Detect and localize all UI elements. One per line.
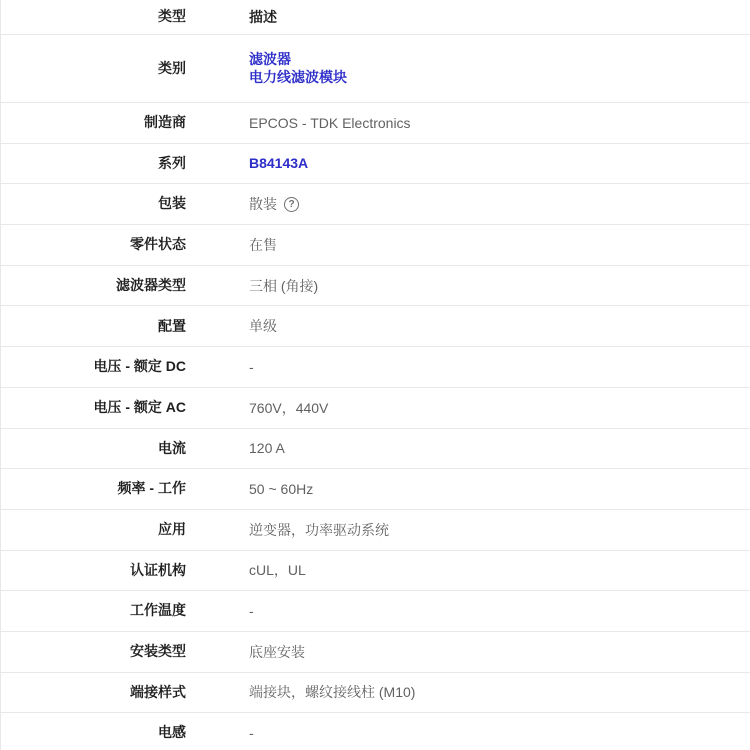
product-spec-table: 类型 描述 类别滤波器电力线滤波模块制造商EPCOS - TDK Electro… bbox=[0, 0, 750, 750]
spec-value: 760V，440V bbox=[186, 399, 750, 417]
spec-label: 配置 bbox=[1, 318, 186, 336]
spec-value-text: - bbox=[249, 358, 254, 376]
spec-label: 制造商 bbox=[1, 114, 186, 132]
spec-value: cUL，UL bbox=[186, 561, 750, 579]
spec-row: 认证机构cUL，UL bbox=[1, 551, 750, 592]
spec-value-text: 底座安装 bbox=[249, 643, 305, 661]
spec-label: 滤波器类型 bbox=[1, 277, 186, 295]
spec-row: 应用逆变器，功率驱动系统 bbox=[1, 510, 750, 551]
spec-label: 包装 bbox=[1, 195, 186, 213]
spec-label: 频率 - 工作 bbox=[1, 480, 186, 498]
spec-row: 频率 - 工作50 ~ 60Hz bbox=[1, 469, 750, 510]
spec-value-text: cUL，UL bbox=[249, 561, 306, 579]
spec-label: 电压 - 额定 AC bbox=[1, 399, 186, 417]
spec-rows: 类别滤波器电力线滤波模块制造商EPCOS - TDK Electronics系列… bbox=[1, 35, 750, 750]
spec-row: 类别滤波器电力线滤波模块 bbox=[1, 35, 750, 103]
spec-value-text: 50 ~ 60Hz bbox=[249, 480, 313, 498]
spec-value: 端接块，螺纹接线柱 (M10) bbox=[186, 683, 750, 701]
category-link[interactable]: 电力线滤波模块 bbox=[249, 69, 347, 86]
spec-value: 滤波器电力线滤波模块 bbox=[186, 51, 750, 85]
spec-label: 应用 bbox=[1, 521, 186, 539]
spec-row: 配置单级 bbox=[1, 306, 750, 347]
spec-label: 电压 - 额定 DC bbox=[1, 358, 186, 376]
spec-label: 零件状态 bbox=[1, 236, 186, 254]
series-link[interactable]: B84143A bbox=[249, 155, 308, 172]
spec-label: 认证机构 bbox=[1, 562, 186, 580]
spec-value-text: 散装 bbox=[249, 195, 277, 213]
spec-row: 滤波器类型三相 (角接) bbox=[1, 266, 750, 307]
spec-value: 三相 (角接) bbox=[186, 277, 750, 295]
spec-value: 单级 bbox=[186, 317, 750, 335]
category-link[interactable]: 滤波器 bbox=[249, 51, 291, 68]
spec-value: EPCOS - TDK Electronics bbox=[186, 114, 750, 132]
spec-value-text: EPCOS - TDK Electronics bbox=[249, 114, 411, 132]
spec-row: 电感- bbox=[1, 713, 750, 750]
spec-row: 电流120 A bbox=[1, 429, 750, 470]
spec-value: 底座安装 bbox=[186, 643, 750, 661]
spec-label: 系列 bbox=[1, 155, 186, 173]
spec-value: - bbox=[186, 602, 750, 620]
spec-label: 电感 bbox=[1, 724, 186, 742]
help-icon[interactable]: ? bbox=[284, 197, 299, 212]
spec-row: 系列B84143A bbox=[1, 144, 750, 185]
spec-label: 电流 bbox=[1, 440, 186, 458]
spec-value-text: 在售 bbox=[249, 236, 277, 254]
spec-row: 工作温度- bbox=[1, 591, 750, 632]
spec-value-text: 逆变器，功率驱动系统 bbox=[249, 521, 389, 539]
spec-value-text: 三相 (角接) bbox=[249, 277, 318, 295]
spec-value: 逆变器，功率驱动系统 bbox=[186, 521, 750, 539]
spec-label: 类别 bbox=[1, 60, 186, 78]
spec-value: 散装? bbox=[186, 195, 750, 213]
spec-row: 端接样式端接块，螺纹接线柱 (M10) bbox=[1, 673, 750, 714]
spec-value-text: 单级 bbox=[249, 317, 277, 335]
spec-value-text: - bbox=[249, 724, 254, 742]
table-header-row: 类型 描述 bbox=[1, 0, 750, 35]
spec-value-text: 760V，440V bbox=[249, 399, 328, 417]
spec-value-text: - bbox=[249, 602, 254, 620]
spec-row: 包装散装? bbox=[1, 184, 750, 225]
spec-value: - bbox=[186, 724, 750, 742]
column-header-description: 描述 bbox=[186, 8, 750, 26]
spec-row: 电压 - 额定 DC- bbox=[1, 347, 750, 388]
spec-label: 工作温度 bbox=[1, 602, 186, 620]
spec-value-text: 端接块，螺纹接线柱 (M10) bbox=[249, 683, 415, 701]
spec-label: 安装类型 bbox=[1, 643, 186, 661]
spec-row: 电压 - 额定 AC760V，440V bbox=[1, 388, 750, 429]
spec-row: 零件状态在售 bbox=[1, 225, 750, 266]
spec-value: - bbox=[186, 358, 750, 376]
spec-row: 安装类型底座安装 bbox=[1, 632, 750, 673]
column-header-type: 类型 bbox=[1, 8, 186, 26]
spec-row: 制造商EPCOS - TDK Electronics bbox=[1, 103, 750, 144]
spec-value-text: 120 A bbox=[249, 439, 285, 457]
spec-value: B84143A bbox=[186, 155, 750, 172]
spec-label: 端接样式 bbox=[1, 684, 186, 702]
spec-value: 50 ~ 60Hz bbox=[186, 480, 750, 498]
spec-value: 在售 bbox=[186, 236, 750, 254]
spec-value: 120 A bbox=[186, 439, 750, 457]
